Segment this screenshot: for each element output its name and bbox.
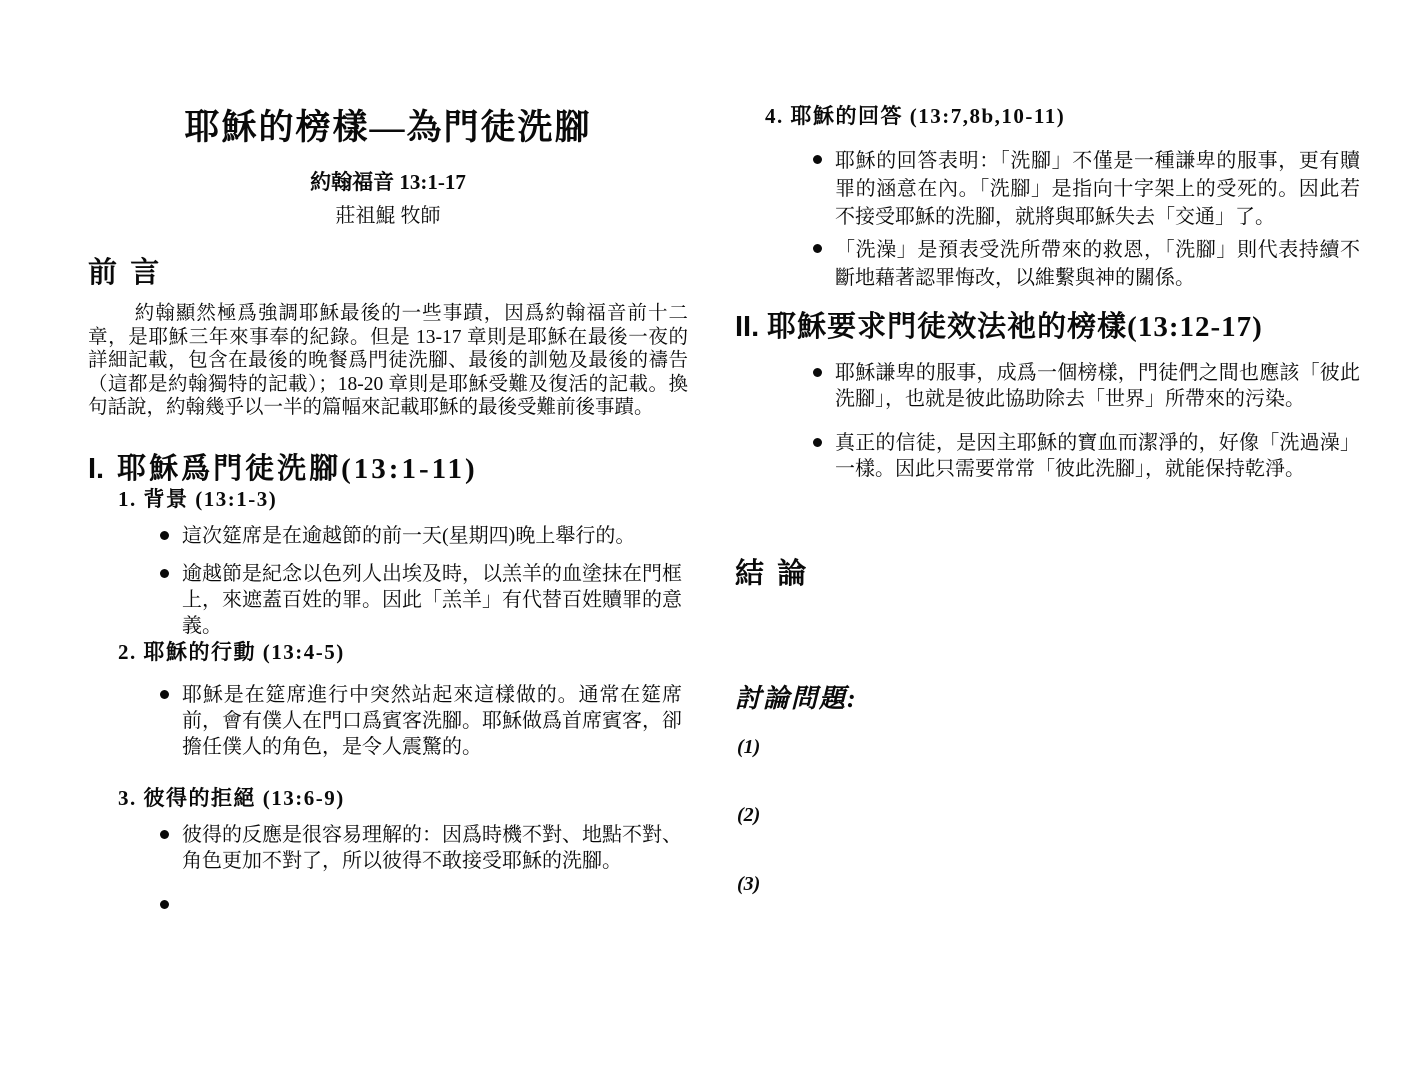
section-2-title: 耶穌要求門徒效法祂的榜樣(13:12-17) (767, 311, 1263, 343)
bullet-item: 「洗澡」是預表受洗所帶來的救恩，「洗腳」則代表持續不斷地藉著認罪悔改，以維繫與神… (813, 236, 1360, 292)
section-1-heading: I.耶穌爲門徒洗腳(13:1-11) (88, 446, 478, 487)
doc-subtitle: 約翰福音 13:1-17 (88, 166, 688, 196)
discussion-question-3: (3) (737, 873, 760, 896)
conclusion-heading: 結 論 (735, 551, 809, 592)
subsection-3-heading: 3. 彼得的拒絕 (13:6-9) (118, 782, 345, 812)
doc-title: 耶穌的榜樣—為門徒洗腳 (88, 100, 688, 150)
bullet-item: 真正的信徒，是因主耶穌的寶血而潔淨的，好像「洗過澡」一樣。因此只需要常常「彼此洗… (813, 430, 1360, 482)
doc-author: 莊祖鯤 牧師 (88, 199, 688, 228)
bullet-item: 耶穌謙卑的服事，成爲一個榜樣，門徒們之間也應該「彼此洗腳」，也就是彼此協助除去「… (813, 360, 1360, 412)
bullet-dot-icon (160, 531, 169, 540)
bullet-text: 耶穌的回答表明：「洗腳」不僅是一種謙卑的服事，更有贖罪的涵意在內。「洗腳」是指向… (835, 147, 1360, 231)
bullet-item: 彼得的反應是很容易理解的：因爲時機不對、地點不對、角色更加不對了，所以彼得不敢接… (160, 822, 682, 874)
discussion-heading: 討論問題: (735, 678, 858, 715)
subsection-1-heading: 1. 背景 (13:1-3) (118, 483, 277, 513)
bullet-item: 耶穌是在筵席進行中突然站起來這樣做的。通常在筵席前，會有僕人在門口爲賓客洗腳。耶… (160, 682, 682, 760)
bullet-text: 耶穌是在筵席進行中突然站起來這樣做的。通常在筵席前，會有僕人在門口爲賓客洗腳。耶… (182, 682, 682, 760)
bullet-dot-icon (813, 155, 822, 164)
bullet-dot-icon (813, 368, 822, 377)
bullet-text: 真正的信徒，是因主耶穌的寶血而潔淨的，好像「洗過澡」一樣。因此只需要常常「彼此洗… (835, 430, 1360, 482)
section-2-heading: II.耶穌要求門徒效法祂的榜樣(13:12-17) (735, 304, 1263, 345)
bullet-dot-icon (813, 438, 822, 447)
bullet-dot-icon (160, 900, 169, 909)
bullet-text: 彼得的反應是很容易理解的：因爲時機不對、地點不對、角色更加不對了，所以彼得不敢接… (182, 822, 682, 874)
discussion-question-1: (1) (737, 736, 760, 759)
bullet-text (182, 892, 682, 909)
bullet-dot-icon (160, 830, 169, 839)
bullet-item: 逾越節是紀念以色列人出埃及時，以羔羊的血塗抹在門框上，來遮蓋百姓的罪。因此「羔羊… (160, 561, 682, 639)
section-2-numeral: II. (735, 311, 759, 343)
bullet-dot-icon (160, 690, 169, 699)
bullet-item: 耶穌的回答表明：「洗腳」不僅是一種謙卑的服事，更有贖罪的涵意在內。「洗腳」是指向… (813, 147, 1360, 231)
bullet-text: 這次筵席是在逾越節的前一天(星期四)晚上舉行的。 (182, 523, 682, 549)
bullet-item: 這次筵席是在逾越節的前一天(星期四)晚上舉行的。 (160, 523, 682, 549)
preface-heading: 前 言 (88, 250, 162, 291)
document-page: 耶穌的榜樣—為門徒洗腳 約翰福音 13:1-17 莊祖鯤 牧師 前 言 約翰顯然… (0, 0, 1408, 1088)
bullet-dot-icon (813, 244, 822, 253)
bullet-text: 耶穌謙卑的服事，成爲一個榜樣，門徒們之間也應該「彼此洗腳」，也就是彼此協助除去「… (835, 360, 1360, 412)
bullet-dot-icon (160, 569, 169, 578)
discussion-question-2: (2) (737, 804, 760, 827)
bullet-item-empty (160, 892, 682, 909)
preface-paragraph: 約翰顯然極爲強調耶穌最後的一些事蹟，因爲約翰福音前十二章，是耶穌三年來事奉的紀錄… (88, 302, 688, 420)
subsection-4-heading: 4. 耶穌的回答 (13:7,8b,10-11) (765, 100, 1065, 130)
bullet-text: 逾越節是紀念以色列人出埃及時，以羔羊的血塗抹在門框上，來遮蓋百姓的罪。因此「羔羊… (182, 561, 682, 639)
subsection-2-heading: 2. 耶穌的行動 (13:4-5) (118, 636, 345, 666)
section-1-numeral: I. (88, 453, 104, 485)
bullet-text: 「洗澡」是預表受洗所帶來的救恩，「洗腳」則代表持續不斷地藉著認罪悔改，以維繫與神… (835, 236, 1360, 292)
section-1-title: 耶穌爲門徒洗腳(13:1-11) (117, 453, 478, 485)
